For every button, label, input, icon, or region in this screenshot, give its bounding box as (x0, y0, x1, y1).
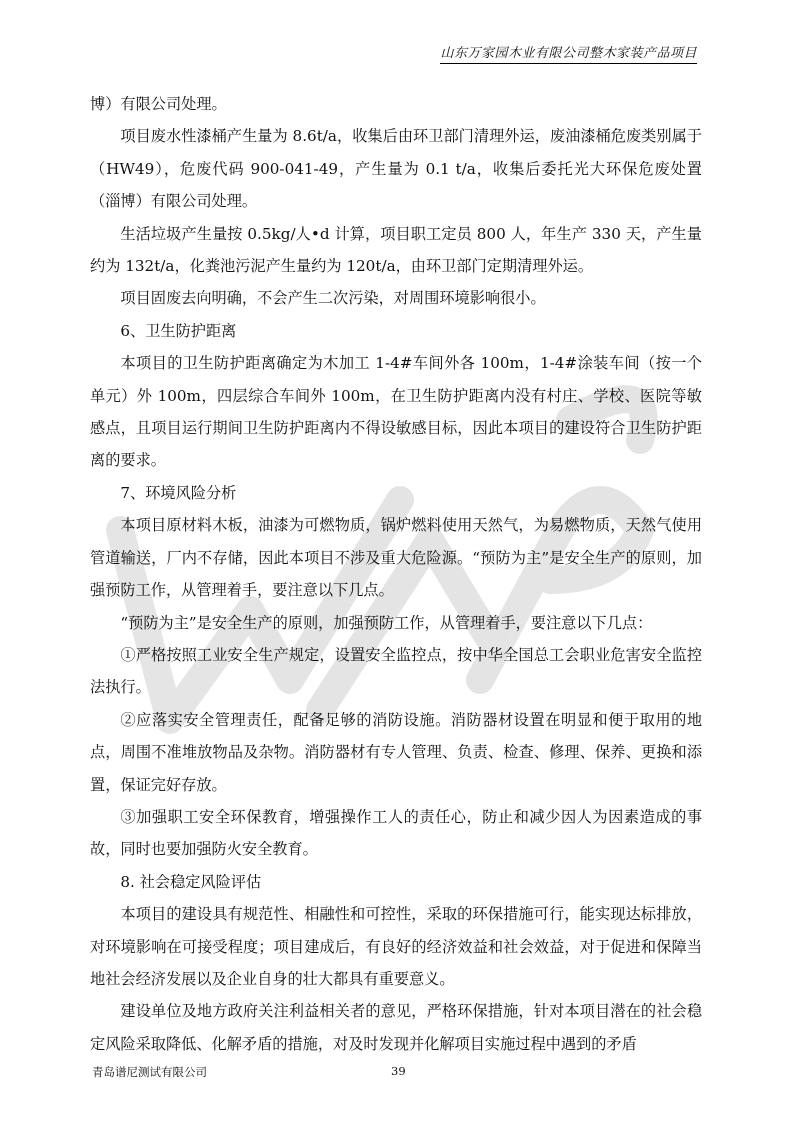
paragraph-social-stability: 本项目的建设具有规范性、相融性和可控性，采取的环保措施可行，能实现达标排放，对环… (90, 898, 702, 995)
footer-company: 青岛谱尼测试有限公司 (92, 1064, 207, 1080)
paragraph-risk-analysis: 本项目原材料木板，油漆为可燃物质，锅炉燃料使用天然气，为易燃物质，天然气使用管道… (90, 509, 702, 606)
paragraph-continuation: 博）有限公司处理。 (90, 88, 702, 120)
document-header: 山东万家园木业有限公司整木家装产品项目 (440, 42, 697, 64)
section-heading-6: 6、卫生防护距离 (90, 315, 702, 347)
list-item-2: ②应落实安全管理责任，配备足够的消防设施。消防器材设置在明显和便于取用的地点，周… (90, 704, 702, 801)
list-item-1: ①严格按照工业安全生产规定，设置安全监控点，按中华全国总工会职业危害安全监控法执… (90, 639, 702, 704)
paragraph-solid-waste-summary: 项目固废去向明确，不会产生二次污染，对周围环境影响很小。 (90, 282, 702, 314)
paragraph-prevention-principle: “预防为主”是安全生产的原则，加强预防工作，从管理着手，要注意以下几点： (90, 607, 702, 639)
section-heading-8: 8. 社会稳定风险评估 (90, 866, 702, 898)
paragraph-paint-bucket-waste: 项目废水性漆桶产生量为 8.6t/a，收集后由环卫部门清理外运，废油漆桶危废类别… (90, 120, 702, 217)
paragraph-protection-distance: 本项目的卫生防护距离确定为木加工 1-4#车间外各 100m，1-4#涂装车间（… (90, 347, 702, 477)
section-heading-7: 7、环境风险分析 (90, 477, 702, 509)
document-page: 山东万家园木业有限公司整木家装产品项目 博）有限公司处理。 项目废水性漆桶产生量… (0, 0, 793, 1122)
document-body: 博）有限公司处理。 项目废水性漆桶产生量为 8.6t/a，收集后由环卫部门清理外… (90, 88, 702, 1060)
page-number: 39 (391, 1064, 406, 1078)
paragraph-domestic-waste: 生活垃圾产生量按 0.5kg/人•d 计算，项目职工定员 800 人，年生产 3… (90, 218, 702, 283)
paragraph-stakeholder-opinions: 建设单位及地方政府关注利益相关者的意见，严格环保措施，针对本项目潜在的社会稳定风… (90, 995, 702, 1060)
list-item-3: ③加强职工安全环保教育，增强操作工人的责任心，防止和减少因人为因素造成的事故，同… (90, 801, 702, 866)
